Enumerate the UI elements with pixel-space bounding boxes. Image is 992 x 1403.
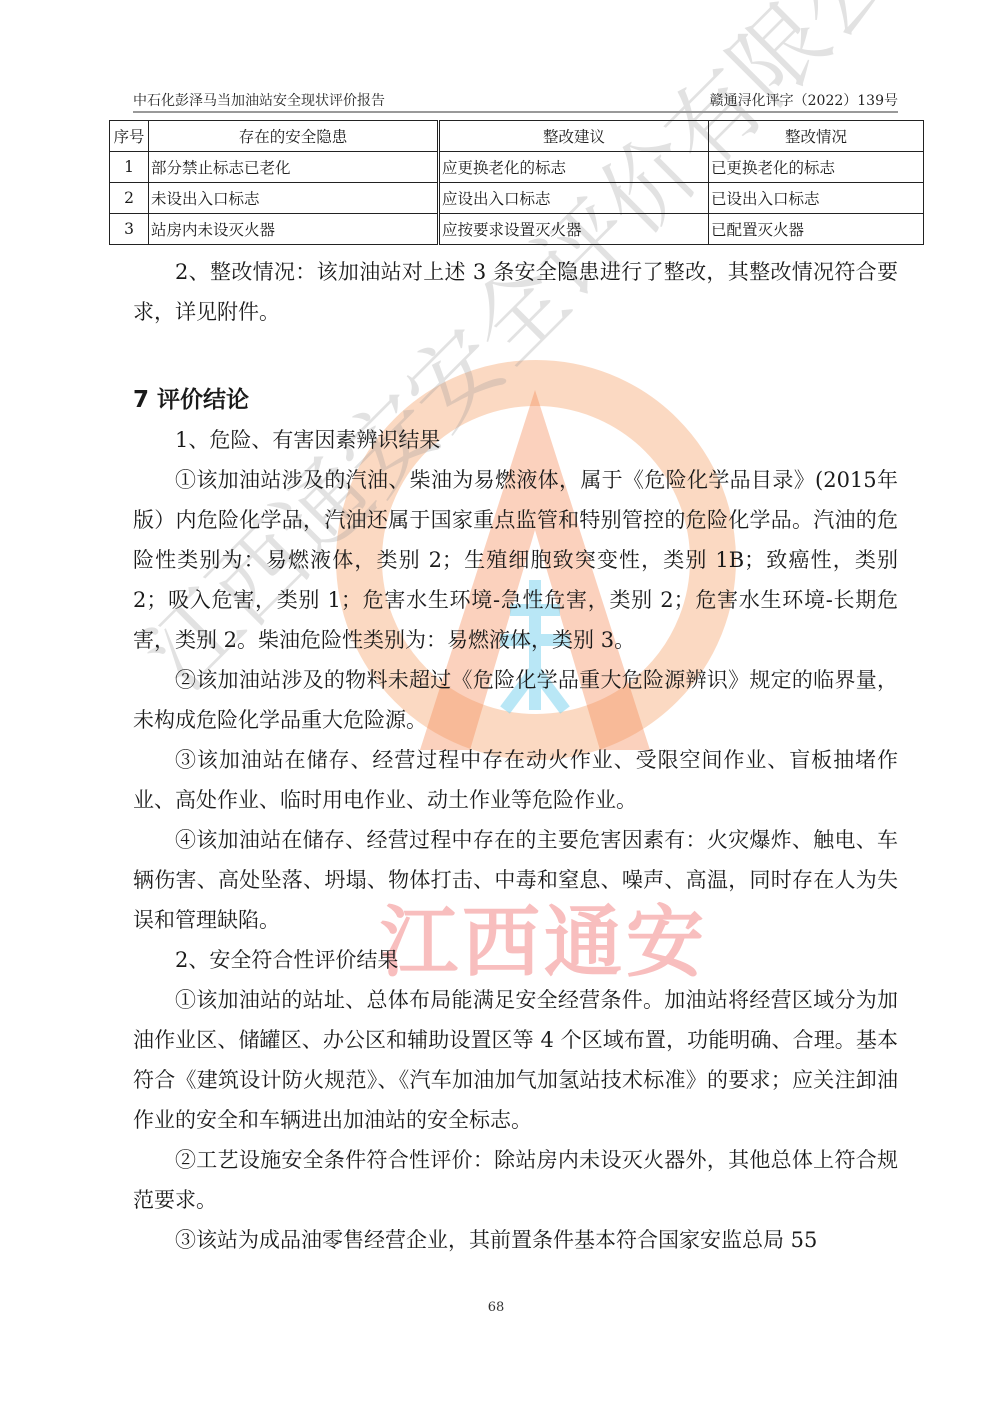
page-number: 68 [0, 1300, 992, 1315]
table-row: 1 部分禁止标志已老化 应更换老化的标志 已更换老化的标志 [110, 152, 924, 183]
paragraph-hazard-4: ④该加油站在储存、经营过程中存在的主要危害因素有：火灾爆炸、触电、车辆伤害、高处… [133, 820, 898, 940]
cell-suggestion: 应设出入口标志 [439, 183, 709, 214]
cell-no: 2 [110, 183, 149, 214]
report-title: 中石化彭泽马当加油站安全现状评价报告 [133, 90, 385, 110]
cell-no: 3 [110, 214, 149, 245]
document-number: 赣通浔化评字（2022）139号 [710, 90, 898, 110]
cell-status: 已更换老化的标志 [709, 152, 924, 183]
paragraph-compliance-1: ①该加油站的站址、总体布局能满足安全经营条件。加油站将经营区域分为加油作业区、储… [133, 980, 898, 1140]
table-row: 3 站房内未设灭火器 应按要求设置灭火器 已配置灭火器 [110, 214, 924, 245]
paragraph-compliance-3: ③该站为成品油零售经营企业，其前置条件基本符合国家安监总局 55 [133, 1220, 898, 1260]
column-header-status: 整改情况 [709, 121, 924, 152]
rectification-paragraph: 2、整改情况：该加油站对上述 3 条安全隐患进行了整改，其整改情况符合要求，详见… [133, 252, 898, 332]
page-header: 中石化彭泽马当加油站安全现状评价报告 赣通浔化评字（2022）139号 [133, 86, 898, 110]
subsection-title-hazard-identification: 1、危险、有害因素辨识结果 [133, 420, 898, 460]
cell-suggestion: 应按要求设置灭火器 [439, 214, 709, 245]
cell-status: 已配置灭火器 [709, 214, 924, 245]
cell-suggestion: 应更换老化的标志 [439, 152, 709, 183]
cell-issue: 站房内未设灭火器 [149, 214, 439, 245]
section-title: 7 评价结论 [133, 380, 898, 420]
subsection-title-compliance: 2、安全符合性评价结果 [133, 940, 898, 980]
safety-issues-table: 序号 存在的安全隐患 整改建议 整改情况 1 部分禁止标志已老化 应更换老化的标… [109, 120, 924, 245]
cell-issue: 部分禁止标志已老化 [149, 152, 439, 183]
paragraph-compliance-2: ②工艺设施安全条件符合性评价：除站房内未设灭火器外，其他总体上符合规范要求。 [133, 1140, 898, 1220]
column-header-no: 序号 [110, 121, 149, 152]
cell-no: 1 [110, 152, 149, 183]
cell-issue: 未设出入口标志 [149, 183, 439, 214]
header-divider [133, 111, 898, 113]
column-header-suggestion: 整改建议 [439, 121, 709, 152]
paragraph-hazard-3: ③该加油站在储存、经营过程中存在动火作业、受限空间作业、盲板抽堵作业、高处作业、… [133, 740, 898, 820]
document-body: 2、整改情况：该加油站对上述 3 条安全隐患进行了整改，其整改情况符合要求，详见… [133, 252, 898, 1260]
table-header-row: 序号 存在的安全隐患 整改建议 整改情况 [110, 121, 924, 152]
column-header-issue: 存在的安全隐患 [149, 121, 439, 152]
paragraph-hazard-2: ②该加油站涉及的物料未超过《危险化学品重大危险源辨识》规定的临界量，未构成危险化… [133, 660, 898, 740]
cell-status: 已设出入口标志 [709, 183, 924, 214]
paragraph-hazard-1: ①该加油站涉及的汽油、柴油为易燃液体，属于《危险化学品目录》(2015年版）内危… [133, 460, 898, 660]
table-row: 2 未设出入口标志 应设出入口标志 已设出入口标志 [110, 183, 924, 214]
